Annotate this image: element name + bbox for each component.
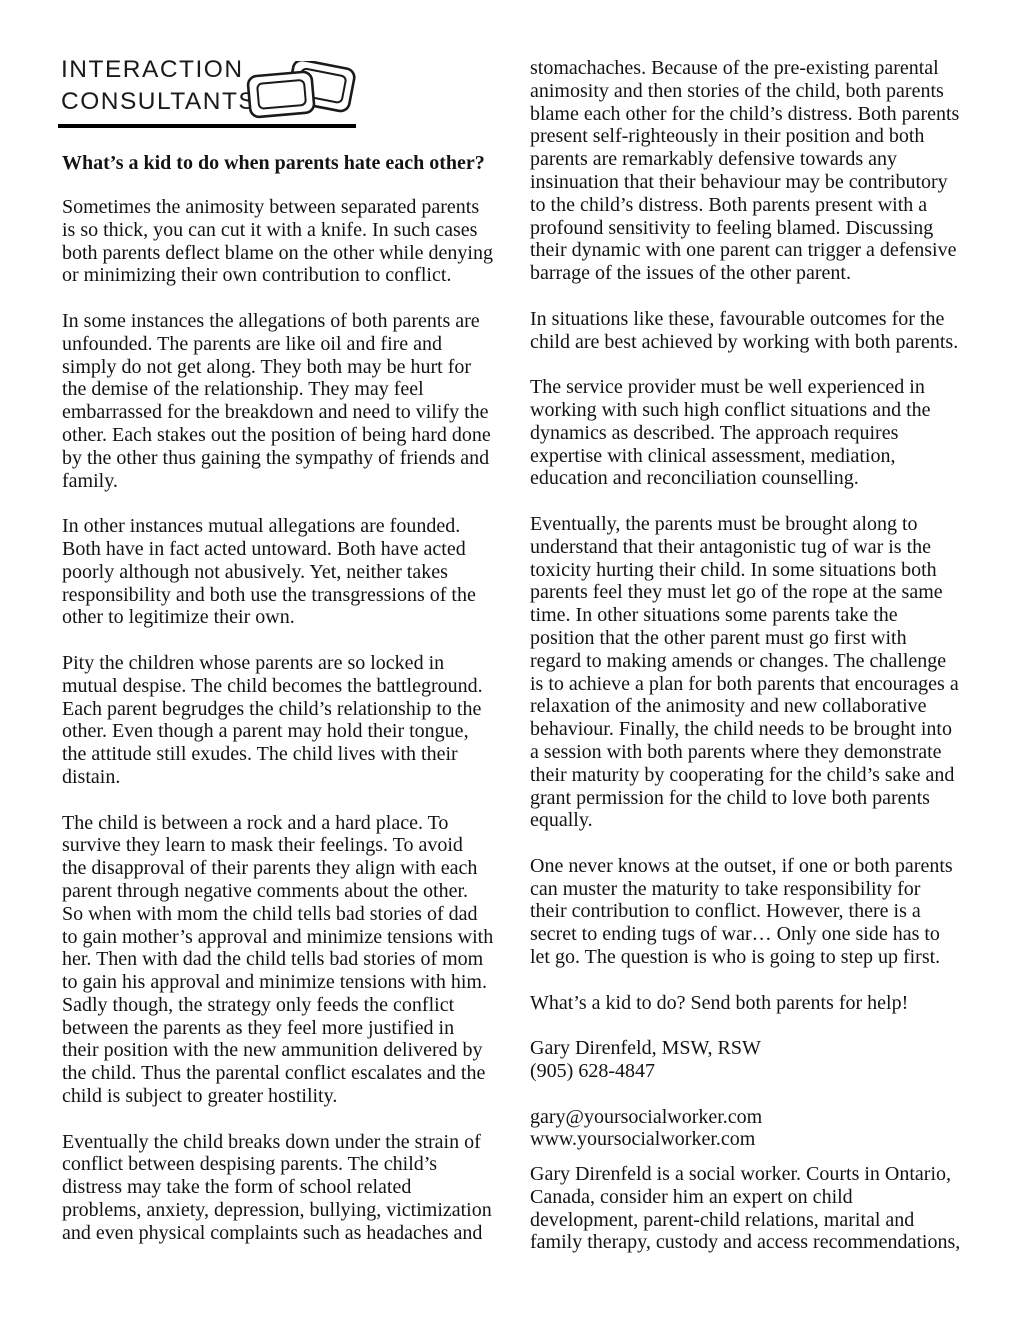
paragraph-service-provider: The service provider must be well experi…	[530, 376, 992, 490]
header-rule	[58, 124, 356, 128]
paragraph-stomachaches: stomachaches. Because of the pre-existin…	[530, 57, 992, 285]
paragraph-founded-allegations: In other instances mutual allegations ar…	[62, 515, 524, 629]
logo-line-2: CONSULTANTS	[61, 86, 256, 118]
paragraph-tug-of-war: Eventually, the parents must be brought …	[530, 513, 992, 832]
article-title: What’s a kid to do when parents hate eac…	[62, 151, 485, 175]
contact-email-website: gary@yoursocialworker.com www.yoursocial…	[530, 1106, 992, 1152]
column-right: stomachaches. Because of the pre-existin…	[530, 57, 992, 1254]
column-left: Sometimes the animosity between separate…	[62, 196, 524, 1245]
closing-call-to-action: What’s a kid to do? Send both parents fo…	[530, 992, 992, 1015]
document-page: INTERACTION CONSULTANTS What’s a kid to …	[0, 0, 1020, 1320]
paragraph-rock-and-hard-place: The child is between a rock and a hard p…	[62, 812, 524, 1108]
paragraph-animosity: Sometimes the animosity between separate…	[62, 196, 524, 287]
logo-line-1: INTERACTION	[61, 54, 256, 86]
contact-name-phone: Gary Direnfeld, MSW, RSW (905) 628-4847	[530, 1037, 992, 1083]
paragraph-one-never-knows: One never knows at the outset, if one or…	[530, 855, 992, 969]
paragraph-pity-the-children: Pity the children whose parents are so l…	[62, 652, 524, 789]
chain-links-icon	[246, 61, 356, 121]
paragraph-favourable-outcomes: In situations like these, favourable out…	[530, 308, 992, 354]
logo-wordmark: INTERACTION CONSULTANTS	[61, 54, 256, 118]
paragraph-child-breaks-down: Eventually the child breaks down under t…	[62, 1131, 524, 1245]
author-bio: Gary Direnfeld is a social worker. Court…	[530, 1163, 992, 1254]
paragraph-unfounded-allegations: In some instances the allegations of bot…	[62, 310, 524, 492]
